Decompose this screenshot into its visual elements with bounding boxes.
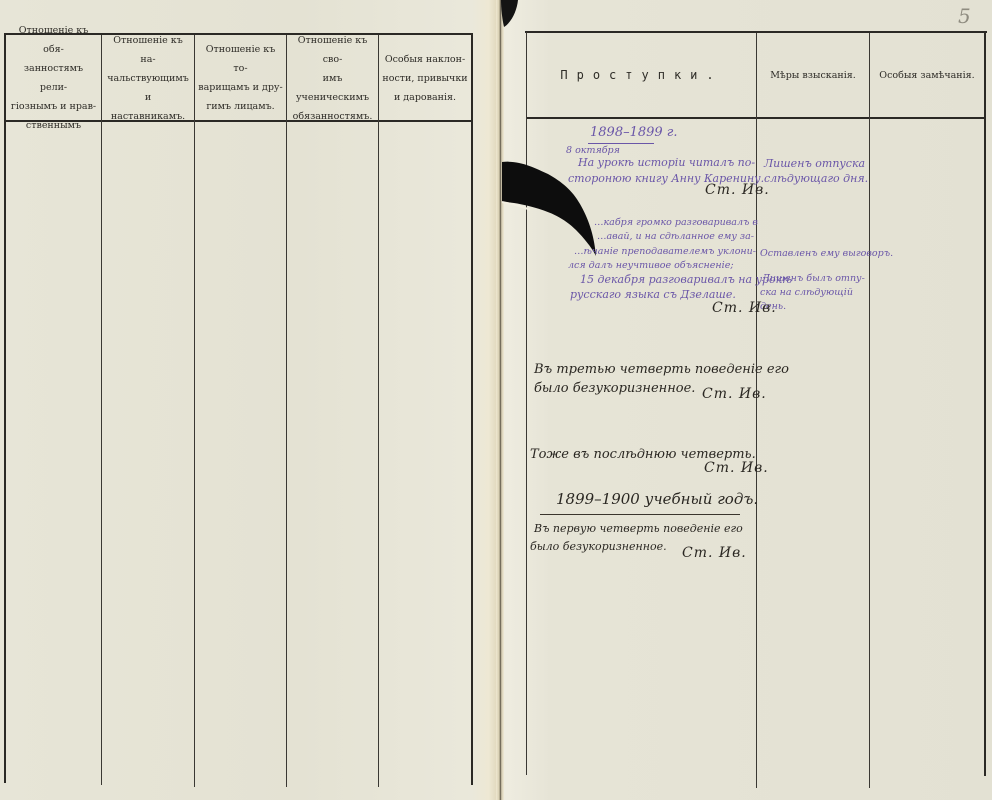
misconduct-line: Въ третью четверть поведенiе его: [534, 362, 789, 377]
left-border-rule: [4, 33, 6, 783]
column-divider: [869, 33, 870, 788]
header-line: имъ ученическимъ: [290, 69, 375, 107]
teacher-signature: Ст. Ив.: [704, 460, 769, 476]
header-line: Отношенie къ на-: [105, 31, 191, 69]
header-line: Особыя наклон-: [382, 50, 467, 69]
teacher-signature: Ст. Ив.: [702, 386, 767, 402]
header-line: варищамъ и дру-: [198, 78, 283, 97]
penalty-line: Лишенъ отпуска: [764, 157, 865, 170]
misconduct-line: лся далъ неучтивое объясненiе;: [568, 260, 734, 271]
top-tear-hole: [498, 0, 520, 28]
penalty-line: Лишенъ былъ отпу-: [762, 273, 865, 284]
header-label: Проступки.: [560, 66, 722, 85]
left-border-rule: [526, 32, 527, 775]
misconduct-line: На урокѣ исторiи читалъ по-: [578, 156, 755, 169]
column-divider: [286, 35, 287, 787]
book-spine: [496, 0, 504, 800]
right-border-rule: [984, 31, 986, 776]
year-heading: 1899–1900 учебный годъ.: [556, 490, 758, 508]
header-line: обязанностямъ.: [290, 107, 375, 126]
teacher-signature: Ст. Ив.: [682, 545, 747, 561]
header-label: Мѣры взысканiя.: [770, 66, 856, 85]
misconduct-line: …кабря громко разговаривалъ в: [594, 217, 758, 228]
teacher-signature: Ст. Ив.: [712, 300, 777, 316]
teacher-signature: Ст. Ив.: [705, 182, 770, 198]
header-remarks: Особыя замѣчанiя.: [870, 33, 984, 117]
header-line: ности, привычки: [382, 69, 467, 88]
penalty-line: слѣдующаго дня.: [764, 172, 868, 185]
column-divider: [756, 33, 757, 788]
right-header-bottom-rule: [526, 117, 984, 119]
header-superiors: Отношенie къ на- чальствующимъ и наставн…: [102, 36, 194, 120]
page-fold-shadow: [472, 0, 496, 800]
year-underline: [540, 514, 740, 515]
penalty-line: ска на слѣдующiй: [760, 287, 853, 298]
header-misconduct: Проступки.: [527, 33, 756, 117]
right-border-rule: [471, 33, 473, 785]
misconduct-line: 15 декабря разговаривалъ на урокѣ: [580, 273, 792, 286]
header-student-duties: Отношенie къ сво- имъ ученическимъ обяза…: [287, 36, 378, 120]
header-inclinations: Особыя наклон- ности, привычки и дарован…: [379, 36, 471, 120]
header-line: наставникамъ.: [105, 107, 191, 126]
header-line: Отношенie къ обя-: [9, 21, 98, 59]
header-penalties: Мѣры взысканiя.: [757, 33, 869, 117]
header-religious-duties: Отношенie къ обя- занностямъ рели- гiозн…: [6, 36, 101, 120]
header-line: ственнымъ: [9, 116, 98, 135]
header-line: гiознымъ и нрав-: [9, 97, 98, 116]
header-line: Отношенie къ то-: [198, 40, 283, 78]
column-divider: [378, 35, 379, 787]
misconduct-line: …ѣчанiе преподавателемъ уклони-: [574, 246, 756, 257]
misconduct-line: …авай, и на сдѣланное ему за-: [597, 231, 754, 242]
misconduct-line: русскаго языка съ Дзелаше.: [570, 288, 736, 301]
misconduct-line: Въ первую четверть поведенiе его: [534, 522, 743, 535]
misconduct-line: было безукоризненное.: [530, 540, 667, 553]
penalty-line: Оставленъ ему выговоръ.: [760, 248, 893, 259]
header-line: гимъ лицамъ.: [198, 97, 283, 116]
header-line: и дарованiя.: [382, 88, 467, 107]
header-line: занностямъ рели-: [9, 59, 98, 97]
column-divider: [101, 35, 102, 785]
entry-date: 8 октября: [566, 145, 620, 156]
header-label: Особыя замѣчанiя.: [879, 66, 974, 85]
year-underline: [588, 143, 654, 144]
header-line: чальствующимъ и: [105, 69, 191, 107]
header-comrades: Отношенie къ то- варищамъ и дру- гимъ ли…: [195, 36, 286, 120]
header-line: Отношенie къ сво-: [290, 31, 375, 69]
page-number: 5: [958, 4, 971, 28]
column-divider: [194, 35, 195, 787]
year-heading: 1898–1899 г.: [590, 125, 678, 140]
misconduct-line: было безукоризненное.: [534, 381, 695, 396]
